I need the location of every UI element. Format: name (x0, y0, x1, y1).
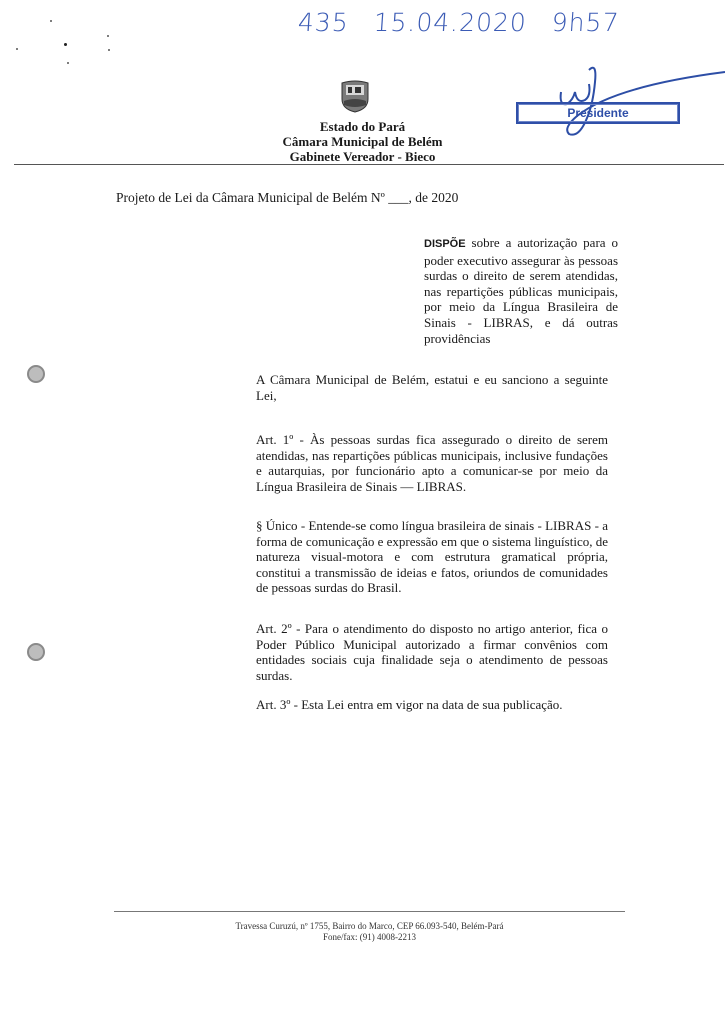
article-2: Art. 2º - Para o atendimento do disposto… (256, 621, 608, 683)
scan-speck (50, 20, 52, 22)
scan-speck (67, 62, 69, 64)
scan-speck (16, 48, 18, 50)
article-1-sole-paragraph: § Único - Entende-se como língua brasile… (256, 518, 608, 596)
ementa: DISPÕE sobre a autorização para o poder … (424, 235, 618, 346)
punch-hole (27, 643, 45, 661)
coat-of-arms-icon (340, 79, 370, 113)
article-1: Art. 1º - Às pessoas surdas fica assegur… (256, 432, 608, 494)
article-3: Art. 3º - Esta Lei entra em vigor na dat… (256, 697, 608, 713)
scan-speck (107, 35, 109, 37)
ementa-text: sobre a autorização para o poder executi… (424, 235, 618, 346)
protocol-number: 435 (297, 8, 350, 37)
letterhead-chamber: Câmara Municipal de Belém (0, 135, 725, 149)
punch-hole (27, 365, 45, 383)
protocol-stamp: 435 15.04.2020 9h57 (297, 8, 636, 37)
footer-phone: Fone/fax: (91) 4008-2213 (114, 932, 625, 943)
letterhead-state: Estado do Pará (0, 120, 725, 134)
preamble: A Câmara Municipal de Belém, estatui e e… (256, 372, 608, 403)
footer-address: Travessa Curuzú, nº 1755, Bairro do Marc… (114, 921, 625, 932)
project-title: Projeto de Lei da Câmara Municipal de Be… (116, 190, 458, 206)
scan-speck (108, 49, 110, 51)
protocol-date: 15.04.2020 (373, 8, 528, 37)
footer-divider (114, 911, 625, 912)
protocol-time: 9h57 (551, 8, 621, 37)
scan-speck (64, 43, 67, 46)
header-divider (14, 164, 724, 165)
ementa-keyword: DISPÕE (424, 238, 466, 250)
letterhead-office: Gabinete Vereador - Bieco (0, 150, 725, 164)
